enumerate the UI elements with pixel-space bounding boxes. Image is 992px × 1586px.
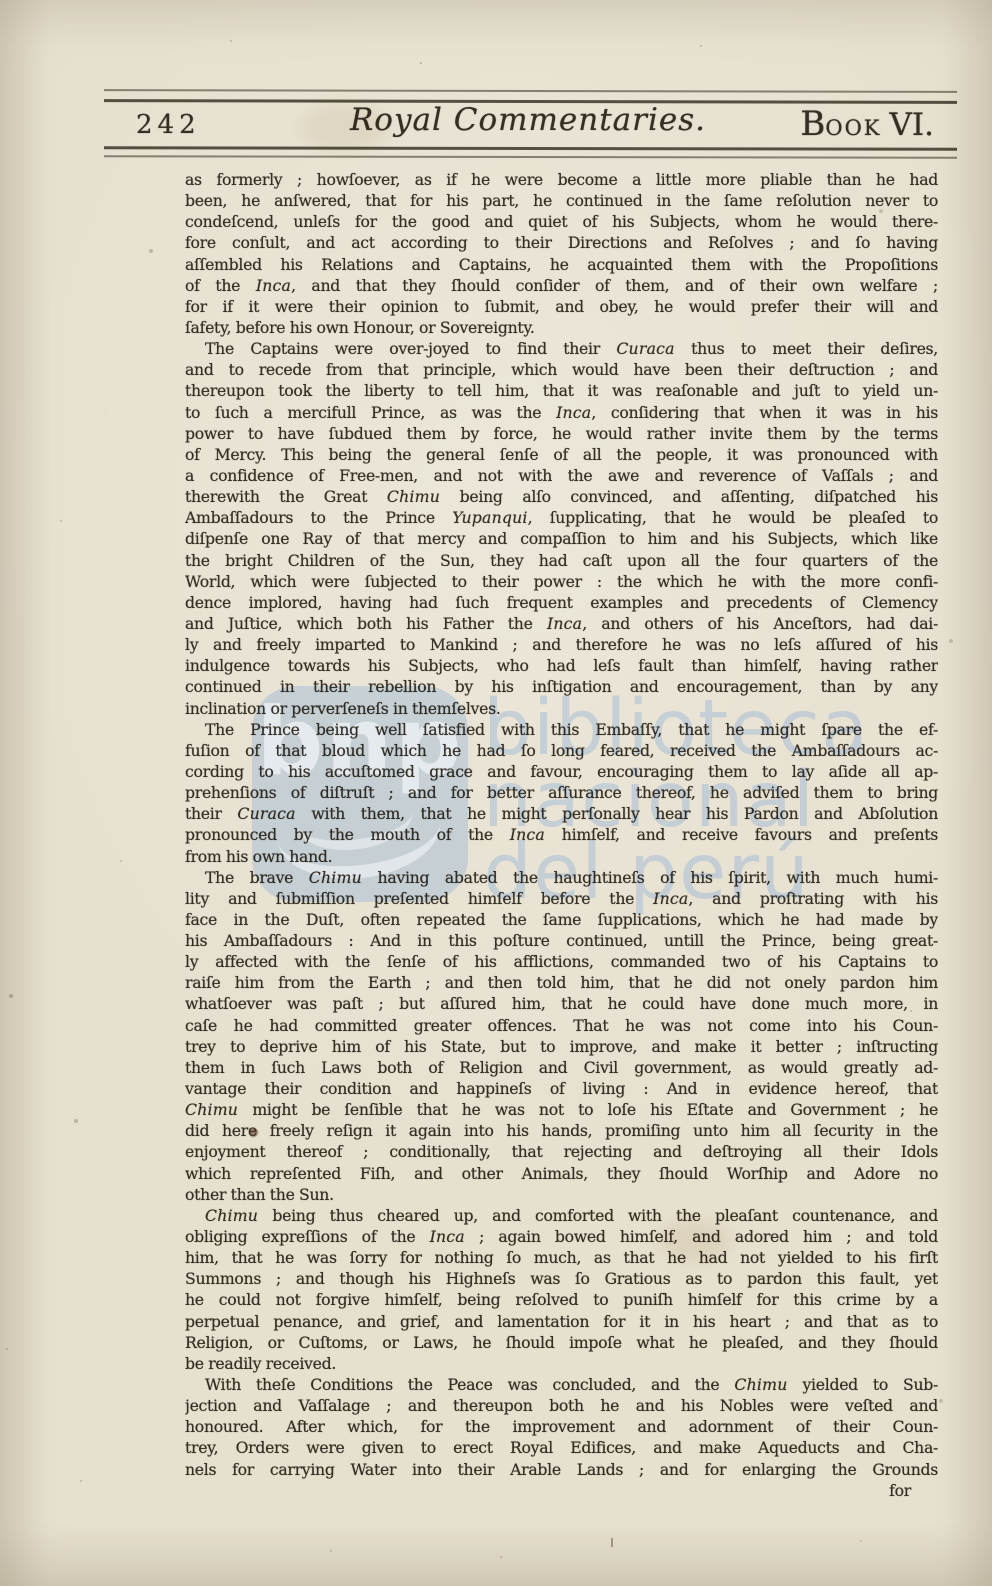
text-segment: lity and ſubmiſſion preſented himſelf be… <box>185 889 653 908</box>
text-line: his Ambaſſadours : And in this poſture c… <box>185 930 938 951</box>
text-segment: condeſcend, unleſs for the good and quie… <box>185 212 938 231</box>
text-line: for if it were their opinion to ſubmit, … <box>185 296 938 317</box>
text-segment: the bright Children of the Sun, they had… <box>185 551 938 570</box>
text-line: power to have ſubdued them by force, he … <box>185 423 938 444</box>
text-line: The Captains were over-joyed to find the… <box>185 338 938 359</box>
text-segment: , and proſtrating with his <box>688 889 938 908</box>
text-segment: fore conſult, and act according to their… <box>185 233 938 252</box>
text-line: whatſoever was paſt ; but aſſured him, t… <box>185 993 938 1014</box>
italic-proper-noun: Chimu <box>185 1100 238 1119</box>
text-segment: , and that they ſhould conſider of them,… <box>291 276 938 295</box>
text-line: trey, Orders were given to erect Royal E… <box>185 1437 938 1458</box>
scanned-book-page: bnp biblioteca nacional del perú 242 Roy… <box>0 0 992 1586</box>
text-line: enjoyment thereof ; conditionally, that … <box>185 1141 938 1162</box>
text-segment: , ſupplicating, that he would be pleaſed… <box>528 508 938 527</box>
text-segment: enjoyment thereof ; conditionally, that … <box>185 1142 938 1161</box>
text-line: pronounced by the mouth of the Inca himſ… <box>185 824 938 845</box>
book-word-rest: ook <box>825 116 881 140</box>
text-segment: yielded to Sub- <box>788 1375 939 1394</box>
text-line: diſpenſe one Ray of that mercy and compa… <box>185 528 938 549</box>
text-line: from his own hand. <box>185 846 938 867</box>
text-segment: prehenſions of diſtruſt ; and for better… <box>185 783 938 802</box>
text-segment: cording to his accuſtomed grace and favo… <box>185 762 938 781</box>
text-line: jection and Vaſſalage ; and thereupon bo… <box>185 1395 938 1416</box>
text-line: ſafety, before his own Honour, or Sovere… <box>185 317 938 338</box>
text-segment: be readily received. <box>185 1354 336 1373</box>
text-segment: having abated the haughtineſs of his ſpi… <box>362 868 938 887</box>
text-segment: Summons ; and though his Highneſs was ſo… <box>185 1269 938 1288</box>
text-segment: trey, Orders were given to erect Royal E… <box>185 1438 938 1457</box>
text-line: be readily received. <box>185 1353 938 1374</box>
text-line: of Mercy. This being the general ſenſe o… <box>185 444 938 465</box>
text-line: Summons ; and though his Highneſs was ſo… <box>185 1268 938 1289</box>
text-line: raiſe him from the Earth ; and then told… <box>185 972 938 993</box>
italic-proper-noun: Chimu <box>205 1206 258 1225</box>
text-line: a confidence of Free-men, and not with t… <box>185 465 938 486</box>
text-segment: him, that he was ſorry for nothing ſo mu… <box>185 1248 938 1267</box>
text-segment: dence implored, having had ſuch frequent… <box>185 593 938 612</box>
text-line: World, which were ſubjected to their pow… <box>185 571 938 592</box>
text-line: to ſuch a mercifull Prince, as was the I… <box>185 402 938 423</box>
text-line: and Juſtice, which both his Father the I… <box>185 613 938 634</box>
text-segment: of the <box>185 276 256 295</box>
text-segment: did here freely reſign it again into his… <box>185 1121 938 1140</box>
paper-mark <box>611 1538 613 1547</box>
italic-proper-noun: Curaca <box>237 804 295 823</box>
text-segment: jection and Vaſſalage ; and thereupon bo… <box>185 1396 938 1415</box>
text-line: vantage their condition and happineſs of… <box>185 1078 938 1099</box>
text-line: caſe he had committed greater offences. … <box>185 1015 938 1036</box>
book-label: BookVI. <box>800 104 934 144</box>
printed-content: 242 Royal Commentaries. BookVI. as forme… <box>0 0 992 1586</box>
text-line: which repreſented Fiſh, and other Animal… <box>185 1163 938 1184</box>
text-segment: whatſoever was paſt ; but aſſured him, t… <box>185 994 938 1013</box>
text-line: The Prince being well ſatisfied with thi… <box>185 719 938 740</box>
text-segment: ; again bowed himſelf, and adored him ; … <box>465 1227 938 1246</box>
text-segment: being thus cheared up, and comforted wit… <box>258 1206 938 1225</box>
italic-proper-noun: Chimu <box>309 868 362 887</box>
text-line: their Curaca with them, that he might pe… <box>185 803 938 824</box>
text-line: honoured. After which, for the improveme… <box>185 1416 938 1437</box>
text-line: other than the Sun. <box>185 1184 938 1205</box>
text-segment: his Ambaſſadours : And in this poſture c… <box>185 931 938 950</box>
text-segment: continued in their rebellion by his inſt… <box>185 677 938 696</box>
text-segment: other than the Sun. <box>185 1185 334 1204</box>
text-segment: indulgence towards his Subjects, who had… <box>185 656 938 675</box>
text-line: he could not forgive himſelf, being reſo… <box>185 1289 938 1310</box>
text-segment: face in the Duſt, often repeated the ſam… <box>185 910 938 929</box>
text-segment: from his own hand. <box>185 847 332 866</box>
italic-proper-noun: Curaca <box>616 339 674 358</box>
text-segment: and Juſtice, which both his Father the <box>185 614 547 633</box>
text-line: the bright Children of the Sun, they had… <box>185 550 938 571</box>
text-line: Ambaſſadours to the Prince Yupanqui, ſup… <box>185 507 938 528</box>
text-line: condeſcend, unleſs for the good and quie… <box>185 211 938 232</box>
text-line: lity and ſubmiſſion preſented himſelf be… <box>185 888 938 909</box>
text-segment: thus to meet their deſires, <box>675 339 938 358</box>
text-segment: , conſidering that when it was in his <box>591 403 938 422</box>
italic-proper-noun: Inca <box>547 614 582 633</box>
text-segment: vantage their condition and happineſs of… <box>185 1079 938 1098</box>
text-segment: honoured. After which, for the improveme… <box>185 1417 938 1436</box>
text-line: did here freely reſign it again into his… <box>185 1120 938 1141</box>
text-segment: trey to deprive him of his State, but to… <box>185 1037 938 1056</box>
text-line: Chimu being thus cheared up, and comfort… <box>185 1205 938 1226</box>
text-segment: raiſe him from the Earth ; and then told… <box>185 973 938 992</box>
text-line: thereupon took the liberty to tell him, … <box>185 380 938 401</box>
header-bottom-rule <box>104 146 957 158</box>
text-line: continued in their rebellion by his inſt… <box>185 676 938 697</box>
text-segment: been, he anſwered, that for his part, he… <box>185 191 938 210</box>
text-segment: thereupon took the liberty to tell him, … <box>185 381 938 400</box>
text-segment: caſe he had committed greater offences. … <box>185 1016 938 1035</box>
text-segment: and to recede from that principle, which… <box>185 360 938 379</box>
text-segment: a confidence of Free-men, and not with t… <box>185 466 938 485</box>
text-segment: nels for carrying Water into their Arabl… <box>185 1460 938 1479</box>
text-segment: of Mercy. This being the general ſenſe o… <box>185 445 938 464</box>
text-segment: , and others of his Anceſtors, had dai- <box>582 614 938 633</box>
text-line: fore conſult, and act according to their… <box>185 232 938 253</box>
italic-proper-noun: Inca <box>430 1227 465 1246</box>
text-line: cording to his accuſtomed grace and favo… <box>185 761 938 782</box>
text-line: The brave Chimu having abated the haught… <box>185 867 938 888</box>
catchword: for <box>185 1480 938 1501</box>
text-line: dence implored, having had ſuch frequent… <box>185 592 938 613</box>
text-segment: diſpenſe one Ray of that mercy and compa… <box>185 529 938 548</box>
text-segment: he could not forgive himſelf, being reſo… <box>185 1290 938 1309</box>
italic-proper-noun: Inca <box>653 889 688 908</box>
text-segment: Religion, or Cuſtoms, or Laws, he ſhould… <box>185 1333 938 1352</box>
text-line: him, that he was ſorry for nothing ſo mu… <box>185 1247 938 1268</box>
text-segment: therewith the Great <box>185 487 387 506</box>
text-segment: perpetual penance, and grief, and lament… <box>185 1312 938 1331</box>
text-segment: for if it were their opinion to ſubmit, … <box>185 297 938 316</box>
text-segment: obliging expreſſions of the <box>185 1227 430 1246</box>
text-segment: power to have ſubdued them by force, he … <box>185 424 938 443</box>
text-segment: with them, that he might perſonally hear… <box>296 804 938 823</box>
text-segment: The Prince being well ſatisfied with thi… <box>205 720 938 739</box>
text-segment: pronounced by the mouth of the <box>185 825 510 844</box>
text-line: fuſion of that bloud which he had ſo lon… <box>185 740 938 761</box>
text-line: been, he anſwered, that for his part, he… <box>185 190 938 211</box>
italic-proper-noun: Chimu <box>387 487 440 506</box>
text-segment: as formerly ; howſoever, as if he were b… <box>185 170 938 189</box>
text-segment: which repreſented Fiſh, and other Animal… <box>185 1164 938 1183</box>
italic-proper-noun: Yupanqui <box>452 508 527 527</box>
text-segment: their <box>185 804 237 823</box>
ink-blot <box>249 1128 258 1137</box>
text-segment: World, which were ſubjected to their pow… <box>185 572 938 591</box>
italic-proper-noun: Inca <box>256 276 291 295</box>
text-segment: might be ſenſible that he was not to loſ… <box>238 1100 938 1119</box>
text-segment: inclination or perverſeneſs in themſelve… <box>185 699 501 718</box>
text-line: trey to deprive him of his State, but to… <box>185 1036 938 1057</box>
text-segment: ly and freely imparted to Mankind ; and … <box>185 635 938 654</box>
book-word-initial: B <box>800 104 825 144</box>
text-segment: himſelf, and receive favours and preſent… <box>545 825 938 844</box>
text-line: perpetual penance, and grief, and lament… <box>185 1311 938 1332</box>
text-line: face in the Duſt, often repeated the ſam… <box>185 909 938 930</box>
text-line: nels for carrying Water into their Arabl… <box>185 1459 938 1480</box>
text-segment: Ambaſſadours to the Prince <box>185 508 452 527</box>
text-line: as formerly ; howſoever, as if he were b… <box>185 169 938 190</box>
text-line: indulgence towards his Subjects, who had… <box>185 655 938 676</box>
text-segment: being alſo convinced, and aſſenting, diſ… <box>440 487 938 506</box>
italic-proper-noun: Chimu <box>734 1375 787 1394</box>
text-line: obliging expreſſions of the Inca ; again… <box>185 1226 938 1247</box>
italic-proper-noun: Inca <box>510 825 545 844</box>
text-line: ly affected with the ſenſe of his afflic… <box>185 951 938 972</box>
text-line: aſſembled his Relations and Captains, he… <box>185 254 938 275</box>
text-segment: to ſuch a mercifull Prince, as was the <box>185 403 556 422</box>
text-line: them in ſuch Laws both of Religion and C… <box>185 1057 938 1078</box>
text-segment: fuſion of that bloud which he had ſo lon… <box>185 741 938 760</box>
text-segment: With theſe Conditions the Peace was conc… <box>205 1375 734 1394</box>
text-segment: ſafety, before his own Honour, or Sovere… <box>185 318 535 337</box>
text-line: therewith the Great Chimu being alſo con… <box>185 486 938 507</box>
text-line: ly and freely imparted to Mankind ; and … <box>185 634 938 655</box>
text-segment: them in ſuch Laws both of Religion and C… <box>185 1058 938 1077</box>
body-text: as formerly ; howſoever, as if he were b… <box>185 169 938 1501</box>
text-line: and to recede from that principle, which… <box>185 359 938 380</box>
text-segment: ly affected with the ſenſe of his afflic… <box>185 952 938 971</box>
book-numeral: VI. <box>890 107 935 143</box>
text-line: of the Inca, and that they ſhould conſid… <box>185 275 938 296</box>
text-line: inclination or perverſeneſs in themſelve… <box>185 698 938 719</box>
text-line: Religion, or Cuſtoms, or Laws, he ſhould… <box>185 1332 938 1353</box>
text-segment: The brave <box>205 868 309 887</box>
text-line: With theſe Conditions the Peace was conc… <box>185 1374 938 1395</box>
text-segment: aſſembled his Relations and Captains, he… <box>185 255 938 274</box>
text-line: Chimu might be ſenſible that he was not … <box>185 1099 938 1120</box>
text-line: prehenſions of diſtruſt ; and for better… <box>185 782 938 803</box>
text-segment: The Captains were over-joyed to find the… <box>205 339 616 358</box>
italic-proper-noun: Inca <box>556 403 591 422</box>
